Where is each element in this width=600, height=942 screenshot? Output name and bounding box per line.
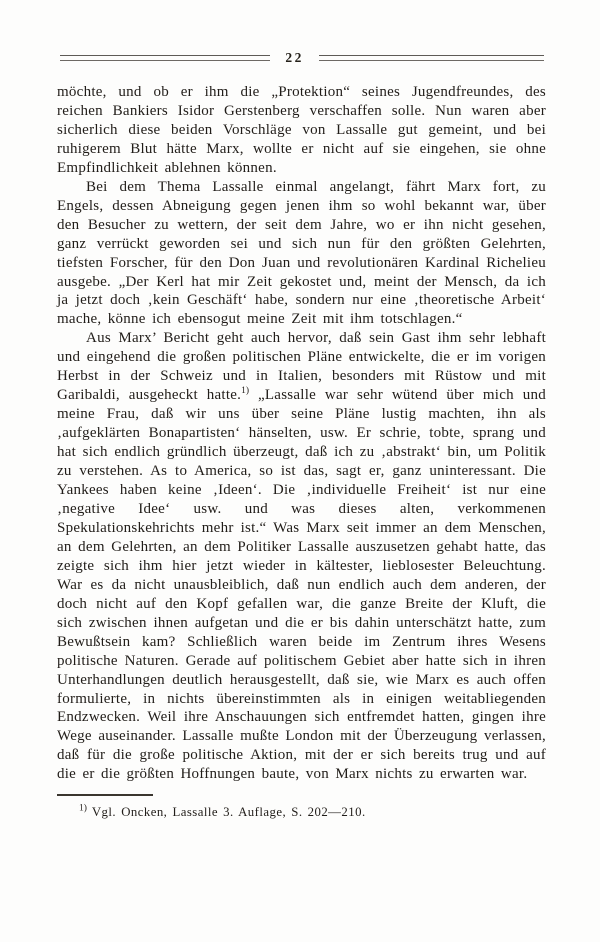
- footnote-text: Vgl. Oncken, Lassalle 3. Auflage, S. 202…: [92, 805, 366, 819]
- footnote-marker: 1): [79, 804, 87, 814]
- paragraph-2: Bei dem Thema Lassalle einmal angelangt,…: [57, 178, 546, 330]
- footnote: 1) Vgl. Oncken, Lassalle 3. Auflage, S. …: [57, 804, 546, 820]
- header-rule-right: [319, 55, 544, 61]
- body-text: möchte, und ob er ihm die „Protektion“ s…: [57, 83, 546, 820]
- book-page: 22 möchte, und ob er ihm die „Protektion…: [0, 0, 600, 942]
- paragraph-3: Aus Marx’ Bericht geht auch hervor, daß …: [57, 329, 546, 784]
- footnote-separator: [57, 794, 153, 796]
- page-number: 22: [285, 51, 304, 66]
- header-rule-left: [60, 55, 270, 61]
- footnote-reference: 1): [241, 386, 249, 396]
- paragraph-1: möchte, und ob er ihm die „Protektion“ s…: [57, 83, 546, 178]
- paragraph-3-text-after-footnote-ref: „Lassalle war sehr wütend über mich und …: [57, 387, 546, 782]
- page-header: 22: [60, 51, 544, 66]
